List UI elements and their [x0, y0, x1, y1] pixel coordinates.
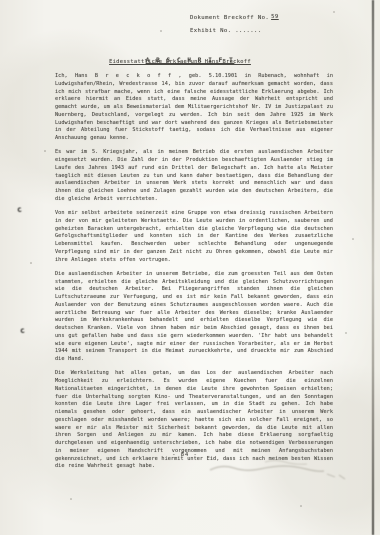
- paper-speck: [352, 238, 354, 240]
- paper-speck: [30, 262, 32, 264]
- paragraph: Von mir selbst arbeitete seinerzeit eine…: [55, 210, 333, 264]
- document-number-label: Dokument Breckoff No.: [190, 15, 269, 21]
- paragraph: Es war im 5. Kriegsjahr, als in meinem B…: [55, 149, 333, 203]
- document-number-line: Dokument Breckoff No.59: [190, 12, 279, 25]
- paper-speck: [333, 11, 335, 13]
- paper-speck: [300, 505, 302, 507]
- paragraph: Ich, Hans B r e c k o f f , geb. 5.10.19…: [55, 73, 333, 143]
- document-number-value: 59: [271, 14, 279, 20]
- paper-speck: [345, 332, 347, 334]
- paper-speck: [44, 150, 46, 152]
- paper-speck: [160, 30, 162, 32]
- paper-speck: [70, 498, 72, 500]
- paragraphs: Ich, Hans B r e c k o f f , geb. 5.10.19…: [55, 73, 333, 478]
- exhibit-number-line: Exhibit No. .......: [190, 25, 279, 38]
- document-header: Dokument Breckoff No.59 Exhibit No. ....…: [190, 12, 279, 38]
- pencil-smudge: [205, 452, 355, 482]
- document-subtitle: Eidesstattliche Erklaerung Hans Breckoff: [0, 59, 360, 65]
- handwritten-check-mark: c: [19, 326, 25, 336]
- scanned-document-page: Dokument Breckoff No.59 Exhibit No. ....…: [0, 0, 380, 535]
- handwritten-check-mark: c: [16, 205, 22, 215]
- paper-edge-shadow: [372, 0, 375, 535]
- paragraph: Die auslaendischen Arbeiter in unserem B…: [55, 271, 333, 364]
